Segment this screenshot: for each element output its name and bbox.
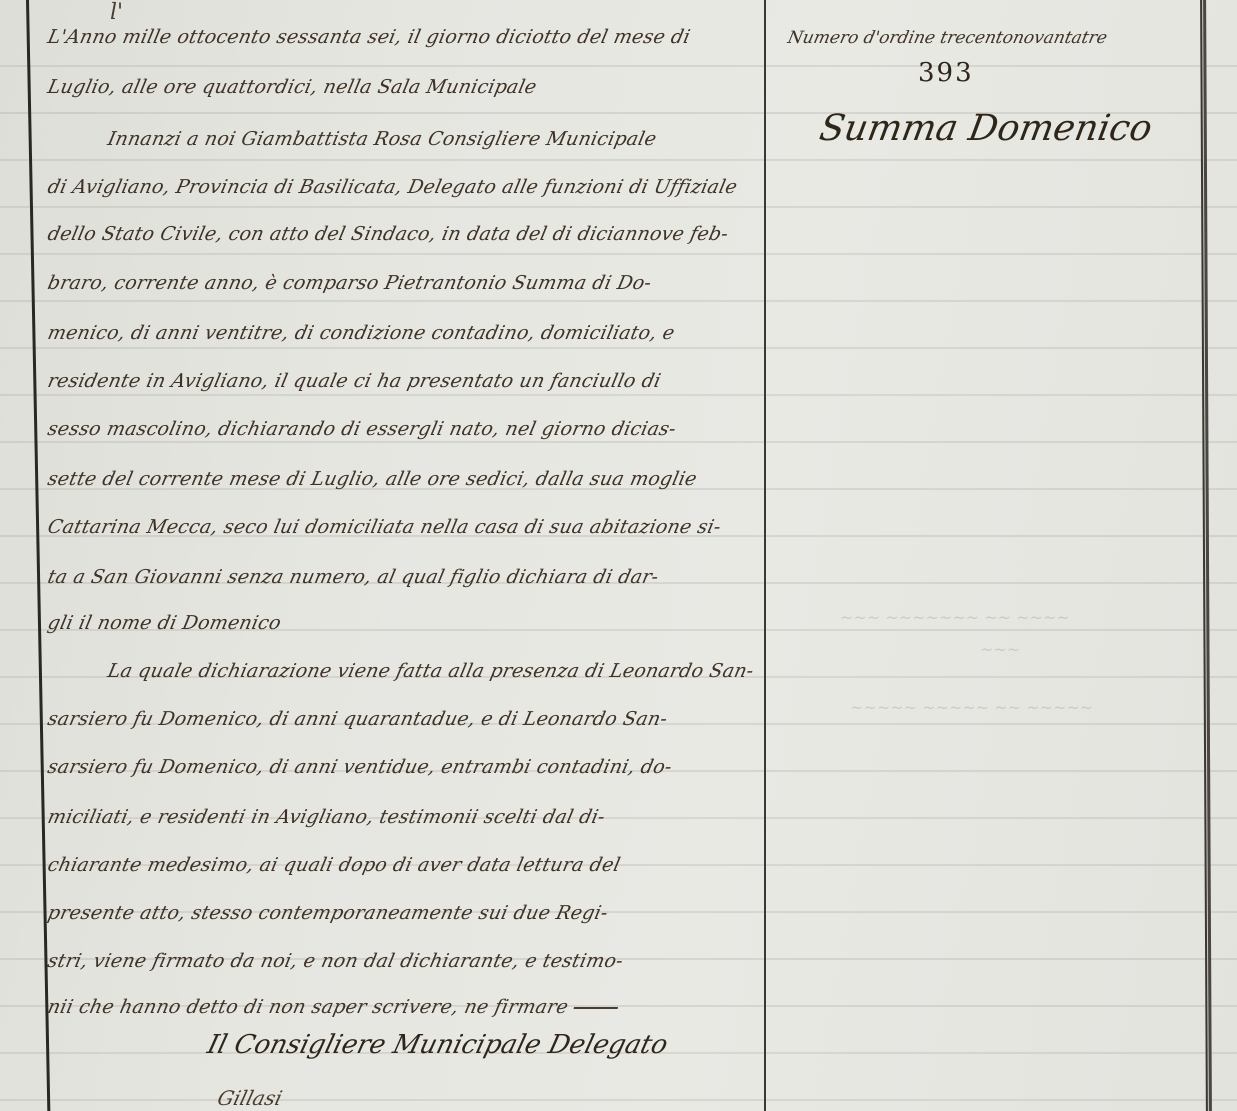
record-line: presente atto, stesso contemporaneamente… xyxy=(46,902,610,924)
record-line: braro, corrente anno, è comparso Pietran… xyxy=(46,272,654,294)
record-line: sette del corrente mese di Luglio, alle … xyxy=(46,468,699,490)
record-body-column: l' L'Anno mille ottocento sessanta sei, … xyxy=(48,0,760,1111)
bleed-through-number: ~~~ xyxy=(980,640,1020,659)
record-number: 393 xyxy=(918,58,974,88)
record-line: gli il nome di Domenico xyxy=(46,612,283,634)
record-line: stri, viene firmato da noi, e non dal di… xyxy=(46,950,626,972)
record-line: nii che hanno detto di non saper scriver… xyxy=(46,996,621,1018)
record-line: dello Stato Civile, con atto del Sindaco… xyxy=(46,223,731,245)
record-line: menico, di anni ventitre, di condizione … xyxy=(46,322,677,344)
record-line: chiarante medesimo, ai quali dopo di ave… xyxy=(46,854,623,876)
record-line: miciliati, e residenti in Avigliano, tes… xyxy=(46,806,607,828)
bleed-through-text: ~~~ ~~~~~~~ ~~ ~~~~ xyxy=(840,608,1070,627)
record-order-label: Numero d'ordine trecentonovantatre xyxy=(786,28,1109,48)
record-line: sesso mascolino, dichiarando di essergli… xyxy=(46,418,679,440)
record-line: ta a San Giovanni senza numero, al qual … xyxy=(46,566,661,588)
record-subject-name: Summa Domenico xyxy=(816,108,1155,149)
register-page: l' L'Anno mille ottocento sessanta sei, … xyxy=(0,0,1237,1111)
record-line: Luglio, alle ore quattordici, nella Sala… xyxy=(46,76,539,98)
record-line: La quale dichiarazione viene fatta alla … xyxy=(106,660,756,682)
record-line-text: nii che hanno detto di non saper scriver… xyxy=(46,996,571,1018)
record-line: Innanzi a noi Giambattista Rosa Consigli… xyxy=(106,128,659,150)
record-line: di Avigliano, Provincia di Basilicata, D… xyxy=(46,176,740,198)
margin-mark: l' xyxy=(110,0,123,25)
record-line: Cattarina Mecca, seco lui domiciliata ne… xyxy=(46,516,723,538)
record-margin-column: Numero d'ordine trecentonovantatre 393 S… xyxy=(770,0,1200,1111)
bleed-through-text: ~~~~~ ~~~~~ ~~ ~~~~~ xyxy=(850,698,1093,717)
line-end-dash xyxy=(574,1007,618,1009)
record-line: residente in Avigliano, il quale ci ha p… xyxy=(46,370,663,392)
record-line: L'Anno mille ottocento sessanta sei, il … xyxy=(46,26,693,48)
record-line: sarsiero fu Domenico, di anni quarantadu… xyxy=(46,708,670,730)
record-line: sarsiero fu Domenico, di anni ventidue, … xyxy=(46,756,674,778)
signature-title: Il Consigliere Municipale Delegato xyxy=(204,1030,671,1060)
column-divider-rule xyxy=(764,0,766,1111)
signer-name: Gillasi xyxy=(215,1086,285,1110)
